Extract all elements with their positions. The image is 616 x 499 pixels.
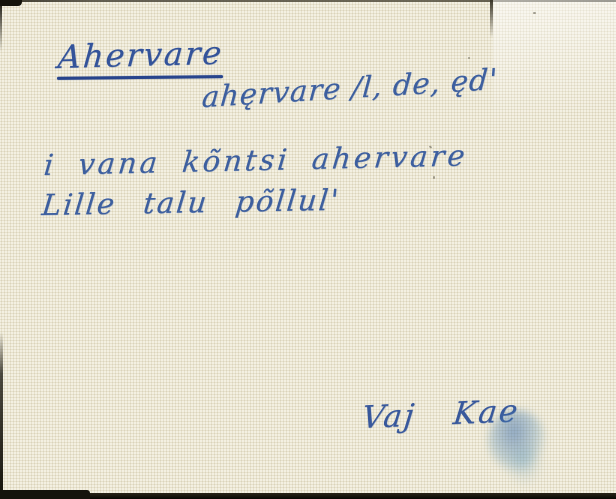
- dialect-card-scan: Ahervare ahęrvare /l, de, ęd' i vana kõn…: [0, 0, 616, 499]
- quote-line-2: Lille talu põllul': [40, 183, 342, 222]
- headword: Ahervare: [57, 34, 225, 76]
- paper-speck: [433, 176, 435, 179]
- scan-edge-left-bottom: [0, 332, 3, 499]
- headword-underline: [57, 75, 223, 80]
- scan-edge-top-left-blob: [0, 0, 22, 6]
- top-right-light-patch: [493, 0, 616, 130]
- scan-edge-top: [0, 0, 616, 2]
- scan-edge-left-top: [0, 0, 2, 52]
- paper-speck: [533, 12, 536, 14]
- scan-edge-bottom-left: [0, 490, 90, 499]
- form-note-line: ahęrvare /l, de, ęd': [201, 62, 499, 114]
- paper-speck: [468, 57, 470, 59]
- underlying-card-seam-line: [490, 0, 493, 38]
- quote-line-1: i vana kõntsi ahervare: [42, 138, 469, 182]
- scan-edge-bottom: [0, 493, 616, 499]
- ink-smudge-tail: [505, 445, 543, 487]
